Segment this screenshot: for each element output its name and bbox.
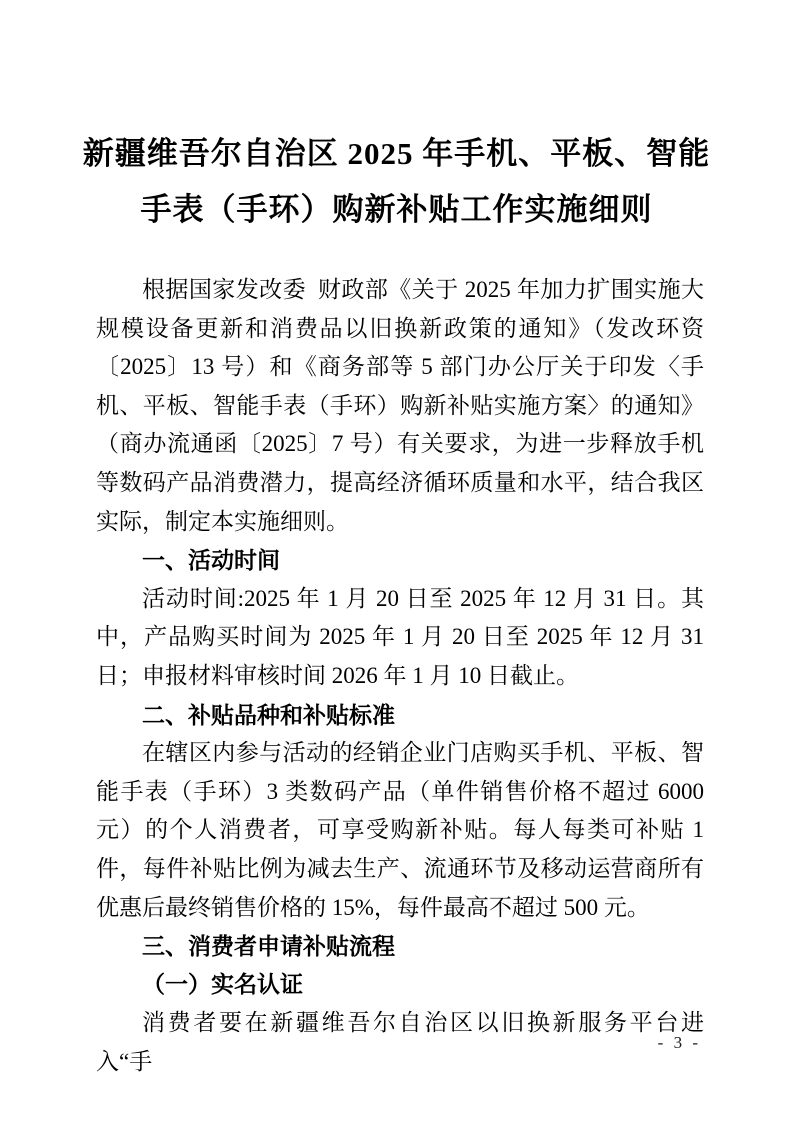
section-3-heading: 三、消费者申请补贴流程: [96, 927, 704, 966]
intro-paragraph: 根据国家发改委 财政部《关于 2025 年加力扩围实施大规模设备更新和消费品以旧…: [96, 271, 704, 541]
section-3-paragraph: 消费者要在新疆维吾尔自治区以旧换新服务平台进入“手: [96, 1004, 704, 1081]
document-title-line-2: 手表（手环）购新补贴工作实施细则: [141, 192, 653, 227]
section-2-heading: 二、补贴品种和补贴标准: [96, 696, 704, 735]
document-title-line-1: 新疆维吾尔自治区 2025 年手机、平板、智能: [83, 136, 711, 171]
document-body: 根据国家发改委 财政部《关于 2025 年加力扩围实施大规模设备更新和消费品以旧…: [96, 271, 704, 1081]
document-page: 新疆维吾尔自治区 2025 年手机、平板、智能 手表（手环）购新补贴工作实施细则…: [0, 0, 793, 1122]
document-title: 新疆维吾尔自治区 2025 年手机、平板、智能 手表（手环）购新补贴工作实施细则: [0, 126, 793, 238]
section-1-heading: 一、活动时间: [96, 541, 704, 580]
section-2-paragraph: 在辖区内参与活动的经销企业门店购买手机、平板、智能手表（手环）3 类数码产品（单…: [96, 734, 704, 927]
page-number: - 3 -: [658, 1033, 701, 1053]
section-3-sub-heading: （一）实名认证: [96, 966, 704, 1005]
section-1-paragraph: 活动时间:2025 年 1 月 20 日至 2025 年 12 月 31 日。其…: [96, 580, 704, 696]
